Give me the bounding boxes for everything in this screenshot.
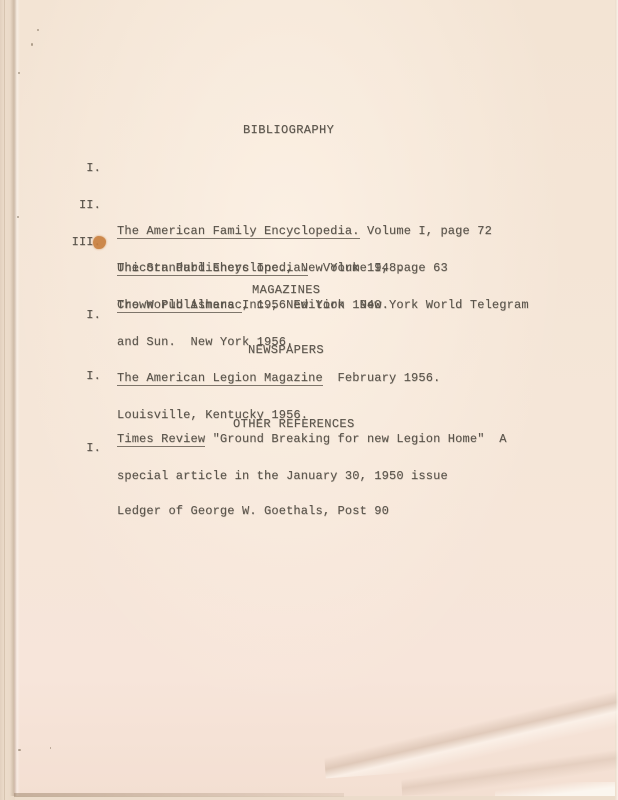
- paper-speck: [31, 43, 33, 46]
- entry-numeral: I.: [54, 370, 101, 383]
- entry-numeral: I.: [54, 309, 101, 322]
- page-title: BIBLIOGRAPHY: [243, 124, 334, 137]
- other-reference-entry-1: I. Ledger of George W. Goethals, Post 90: [14, 442, 615, 592]
- entry-text: Ledger of George W. Goethals, Post 90: [117, 504, 389, 518]
- paper-speck: [18, 72, 20, 74]
- paper-speck: [37, 29, 39, 31]
- scanned-document: BIBLIOGRAPHY I. The American Family Ency…: [0, 0, 618, 800]
- paper-speck: [50, 747, 51, 749]
- section-heading-other-references: OTHER REFERENCES: [233, 418, 355, 431]
- paper-speck: [18, 749, 21, 751]
- entry-numeral: I.: [54, 442, 101, 455]
- paper-page: BIBLIOGRAPHY I. The American Family Ency…: [14, 0, 615, 796]
- entry-line1: Ledger of George W. Goethals, Post 90: [117, 505, 615, 518]
- lifted-corner: [495, 782, 615, 796]
- entry-numeral: II.: [54, 199, 101, 212]
- page-bottom-edge: [14, 793, 344, 797]
- section-heading-magazines: MAGAZINES: [252, 284, 320, 297]
- section-heading-newspapers: NEWSPAPERS: [248, 344, 324, 357]
- entry-numeral: I.: [54, 162, 101, 175]
- underlying-page-line: [4, 0, 5, 800]
- entry-body: Ledger of George W. Goethals, Post 90: [117, 480, 615, 568]
- paper-speck: [17, 216, 19, 218]
